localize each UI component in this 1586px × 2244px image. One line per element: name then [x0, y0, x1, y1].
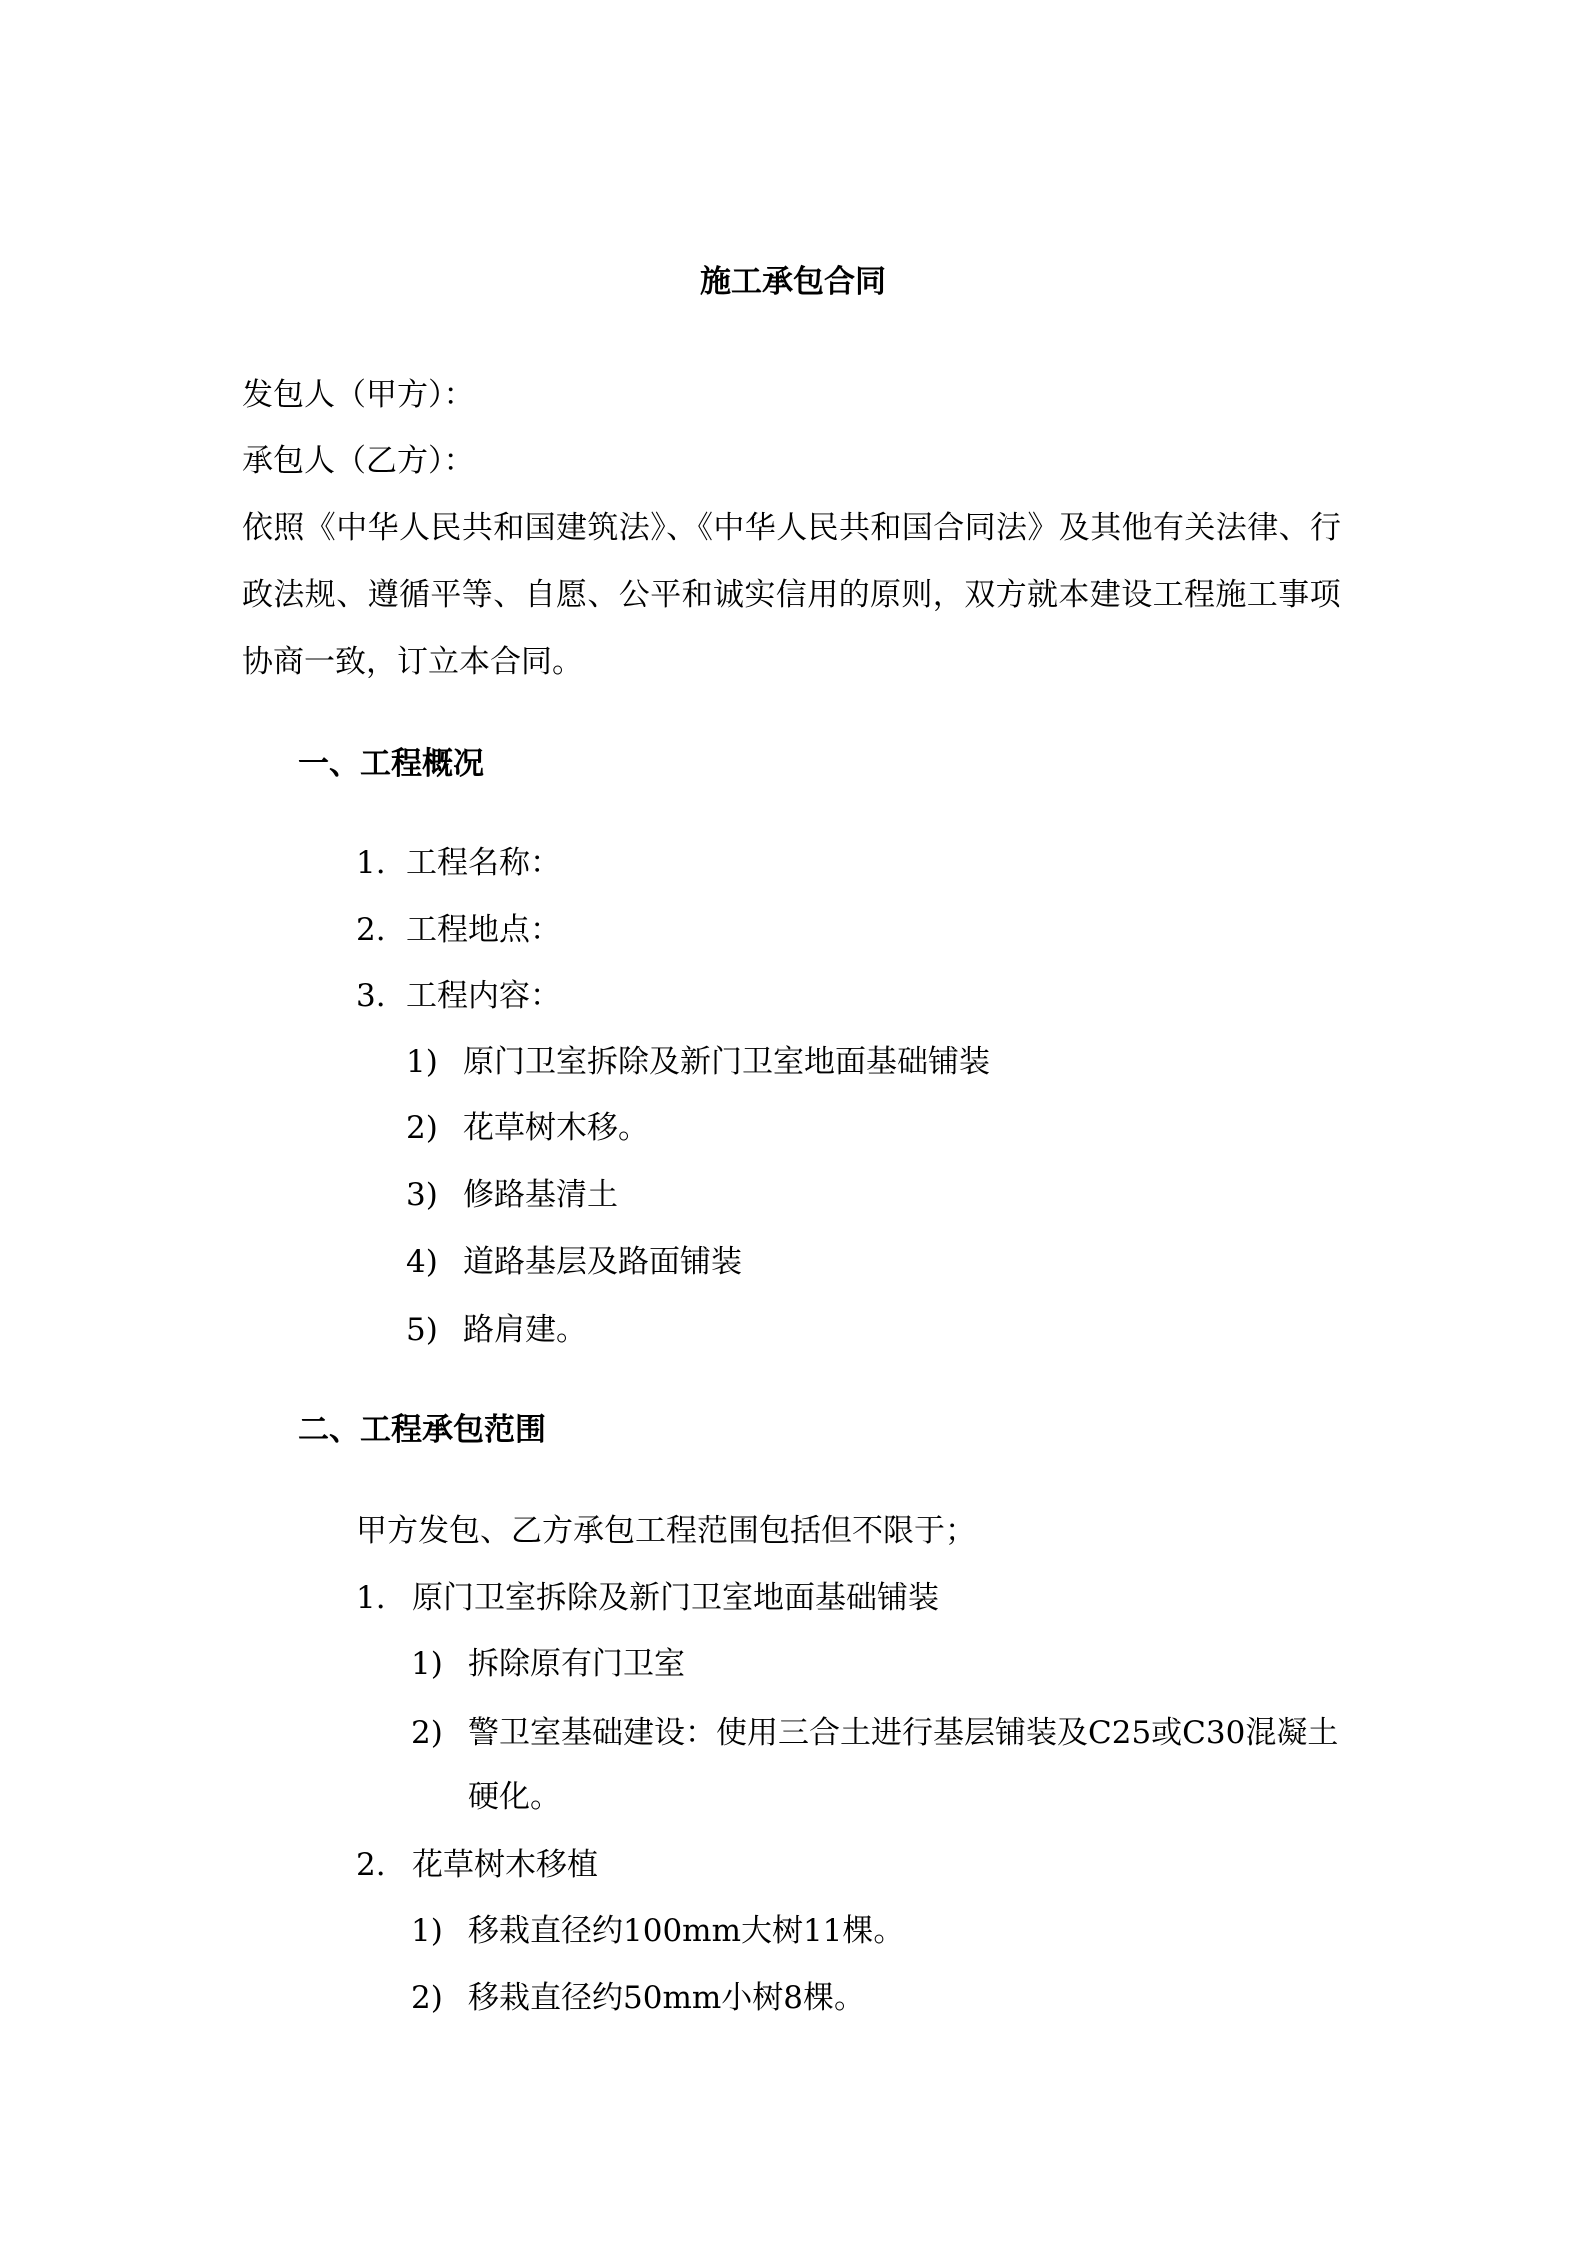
- document-title: 施工承包合同: [0, 262, 1586, 302]
- subitem-number: 5): [406, 1310, 463, 1350]
- subitem-text: 原门卫室拆除及新门卫室地面基础铺装: [463, 1044, 990, 1080]
- subitem-text: 警卫室基础建设：使用三合土进行基层铺装及C25或C30混凝土: [468, 1715, 1338, 1751]
- sub-list-item: 1)原门卫室拆除及新门卫室地面基础铺装: [406, 1042, 990, 1082]
- list-item: 2.花草树木移植: [356, 1845, 598, 1885]
- list-item: 2.工程地点：: [356, 910, 561, 950]
- employer-label: 发包人（甲方）：: [242, 375, 475, 415]
- subitem-number: 4): [406, 1242, 463, 1282]
- list-item: 3.工程内容：: [356, 976, 561, 1016]
- subitem-text: 修路基清土: [463, 1177, 618, 1213]
- subitem-text: 移栽直径约50mm小树8棵。: [468, 1980, 865, 2016]
- sub-list-item: 2)警卫室基础建设：使用三合土进行基层铺装及C25或C30混凝土: [411, 1713, 1338, 1753]
- item-text: 工程地点：: [406, 912, 561, 948]
- preamble-line: 政法规、遵循平等、自愿、公平和诚实信用的原则，双方就本建设工程施工事项: [242, 575, 1341, 615]
- sub-list-item: 3)修路基清土: [406, 1175, 618, 1215]
- list-item: 1.原门卫室拆除及新门卫室地面基础铺装: [356, 1578, 939, 1618]
- section-heading: 二、工程承包范围: [298, 1410, 546, 1450]
- item-text: 工程内容：: [406, 978, 561, 1014]
- subitem-number: 2): [406, 1108, 463, 1148]
- item-number: 2.: [356, 910, 406, 950]
- subitem-text: 路肩建。: [463, 1312, 587, 1348]
- subitem-text: 移栽直径约100mm大树11棵。: [468, 1913, 904, 1949]
- section-heading: 一、工程概况: [298, 744, 484, 784]
- subitem-number: 2): [411, 1713, 468, 1753]
- list-item: 1.工程名称：: [356, 843, 561, 883]
- item-number: 1.: [356, 843, 406, 883]
- subitem-number: 1): [411, 1644, 468, 1684]
- subitem-continuation: 硬化。: [468, 1777, 561, 1817]
- subitem-text: 道路基层及路面铺装: [463, 1244, 742, 1280]
- subitem-number: 1): [411, 1911, 468, 1951]
- subitem-number: 2): [411, 1978, 468, 2018]
- item-number: 2.: [356, 1845, 412, 1885]
- preamble-line: 协商一致，订立本合同。: [242, 642, 583, 682]
- subitem-number: 3): [406, 1175, 463, 1215]
- preamble-line: 依照《中华人民共和国建筑法》、《中华人民共和国合同法》及其他有关法律、行: [242, 508, 1341, 548]
- sub-list-item: 1)拆除原有门卫室: [411, 1644, 685, 1684]
- sub-list-item: 4)道路基层及路面铺装: [406, 1242, 742, 1282]
- subitem-text: 拆除原有门卫室: [468, 1646, 685, 1682]
- sub-list-item: 1)移栽直径约100mm大树11棵。: [411, 1911, 904, 1951]
- section-intro: 甲方发包、乙方承包工程范围包括但不限于；: [356, 1511, 976, 1551]
- item-number: 3.: [356, 976, 406, 1016]
- item-text: 原门卫室拆除及新门卫室地面基础铺装: [412, 1580, 939, 1616]
- sub-list-item: 2)花草树木移。: [406, 1108, 649, 1148]
- contractor-label: 承包人（乙方）：: [242, 441, 475, 481]
- item-text: 花草树木移植: [412, 1847, 598, 1883]
- item-number: 1.: [356, 1578, 412, 1618]
- subitem-number: 1): [406, 1042, 463, 1082]
- subitem-text: 花草树木移。: [463, 1110, 649, 1146]
- sub-list-item: 5)路肩建。: [406, 1310, 587, 1350]
- item-text: 工程名称：: [406, 845, 561, 881]
- sub-list-item: 2)移栽直径约50mm小树8棵。: [411, 1978, 865, 2018]
